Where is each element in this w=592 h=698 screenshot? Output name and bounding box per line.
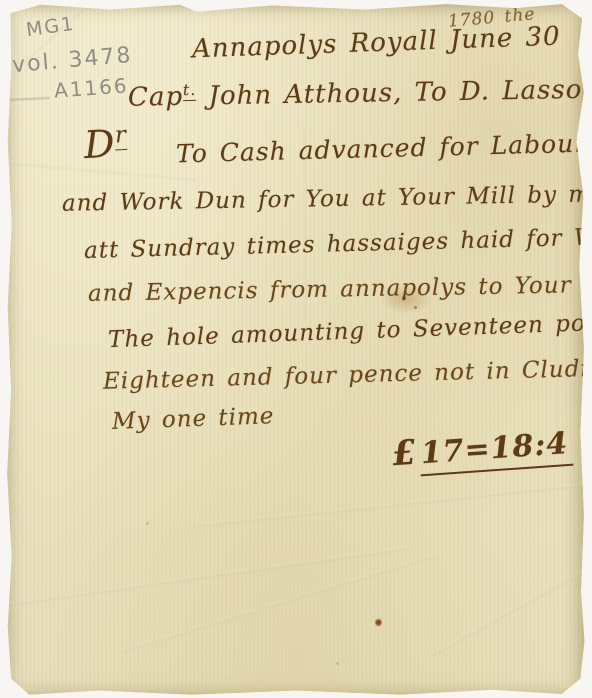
pound-sign: £ — [391, 432, 420, 474]
ink-speck — [414, 306, 417, 309]
archival-item-label: A1166 — [53, 73, 129, 102]
crease-line — [0, 546, 412, 609]
paper-fleck — [336, 662, 339, 665]
archival-volume-label: vol. 3478 — [11, 43, 133, 78]
body-line: Eighteen and four pence not in Cluding — [103, 355, 592, 395]
body-line: To Cash advanced for Labour — [176, 129, 588, 169]
debtor-abbreviation: Dr — [83, 121, 129, 167]
total-amount: £17=18:4 — [391, 422, 574, 474]
crease-line — [196, 483, 584, 527]
body-line: The hole amounting to Seventeen pound — [108, 309, 592, 353]
body-line: My one time — [112, 403, 275, 435]
pencil-underline — [6, 97, 50, 101]
crease-line — [121, 554, 437, 653]
addressee-superscript: t. — [183, 81, 197, 101]
archival-fonds-label: MG1 — [25, 13, 77, 42]
crease-line — [430, 543, 592, 657]
dateline: Annapolys Royall June 30 — [192, 22, 561, 65]
body-line: and Expencis from annapolys to Your plai… — [88, 271, 592, 307]
addressee-rest: John Atthous, To D. Lasson — [196, 75, 592, 112]
fox-spot — [375, 618, 382, 627]
body-line: and Work Dun for You at Your Mill by me — [62, 181, 592, 216]
addressee-line: Capt. John Atthous, To D. Lasson — [128, 74, 592, 113]
manuscript-paper: MG1 vol. 3478 A1166 1780 the Annapolys R… — [6, 2, 585, 696]
debtor-superscript: r — [114, 122, 127, 151]
addressee-prefix: Cap — [128, 82, 184, 113]
total-figures: 17=18:4 — [418, 426, 574, 477]
scan-background: { "page": { "background_color": "#f7f6f2… — [0, 0, 592, 698]
body-line: att Sundray times hassaiges haid for Wor… — [84, 222, 592, 264]
paper-fleck — [146, 522, 149, 525]
debtor-letter: D — [83, 122, 117, 168]
